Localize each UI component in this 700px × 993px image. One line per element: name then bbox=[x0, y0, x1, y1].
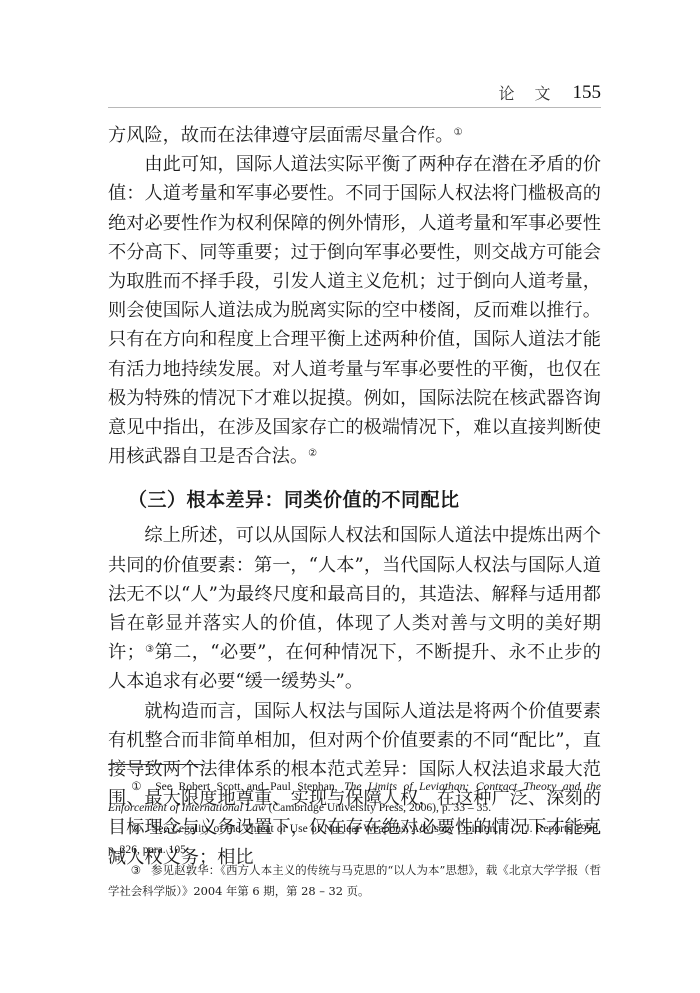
footnote-ref-3[interactable]: ③ bbox=[145, 644, 155, 655]
header-rule bbox=[108, 107, 601, 108]
section-heading: （三）根本差异：同类价值的不同配比 bbox=[108, 485, 601, 515]
paragraph-text: 方风险，故而在法律遵守层面需尽量合作。 bbox=[108, 125, 454, 146]
footnote-1: ①See Robert Scott and Paul Stephan, The … bbox=[108, 776, 601, 818]
footnote-mark: ① bbox=[131, 780, 145, 793]
article-body: 方风险，故而在法律遵守层面需尽量合作。① 由此可知，国际人道法实际平衡了两种存在… bbox=[108, 121, 601, 872]
paragraph-continued: 方风险，故而在法律遵守层面需尽量合作。① bbox=[108, 121, 601, 150]
footnote-mark: ② bbox=[131, 822, 142, 835]
paragraph-text: 由此可知，国际人道法实际平衡了两种存在潜在矛盾的价值：人道考量和军事必要性。不同… bbox=[108, 154, 601, 467]
footnotes: ①See Robert Scott and Paul Stephan, The … bbox=[108, 776, 601, 902]
paragraph-value-elements: 综上所述，可以从国际人权法和国际人道法中提炼出两个共同的价值要素：第一，“人本”… bbox=[108, 521, 601, 696]
footnote-text: See Robert Scott and Paul Stephan, bbox=[155, 780, 344, 793]
running-head-section: 论文 bbox=[498, 81, 570, 104]
footnote-separator bbox=[108, 764, 204, 765]
footnote-mark: ③ bbox=[131, 863, 141, 877]
journal-page: 论文 155 方风险，故而在法律遵守层面需尽量合作。① 由此可知，国际人道法实际… bbox=[108, 0, 601, 993]
footnote-text: (Cambridge University Press, 2006), p. 3… bbox=[266, 801, 491, 814]
footnote-2: ②See Legality of the Threat or Use of Nu… bbox=[108, 818, 601, 860]
page-number: 155 bbox=[573, 82, 602, 104]
paragraph-text: 第二，“必要”，在何种情况下，不断提升、永不止步的人本追求有必要“缓一缓势头”。 bbox=[108, 642, 601, 692]
paragraph-balance: 由此可知，国际人道法实际平衡了两种存在潜在矛盾的价值：人道考量和军事必要性。不同… bbox=[108, 150, 601, 471]
footnote-3: ③参见赵敦华：《西方人本主义的传统与马克思的“以人为本”思想》，载《北京大学学报… bbox=[108, 860, 601, 902]
footnote-ref-1[interactable]: ① bbox=[454, 127, 463, 138]
footnote-ref-2[interactable]: ② bbox=[308, 448, 317, 459]
footnote-text: See Legality of the Threat or Use of Nuc… bbox=[108, 822, 601, 856]
running-head: 论文 155 bbox=[498, 74, 601, 104]
footnote-text: 参见赵敦华：《西方人本主义的传统与马克思的“以人为本”思想》，载《北京大学学报（… bbox=[108, 863, 601, 898]
